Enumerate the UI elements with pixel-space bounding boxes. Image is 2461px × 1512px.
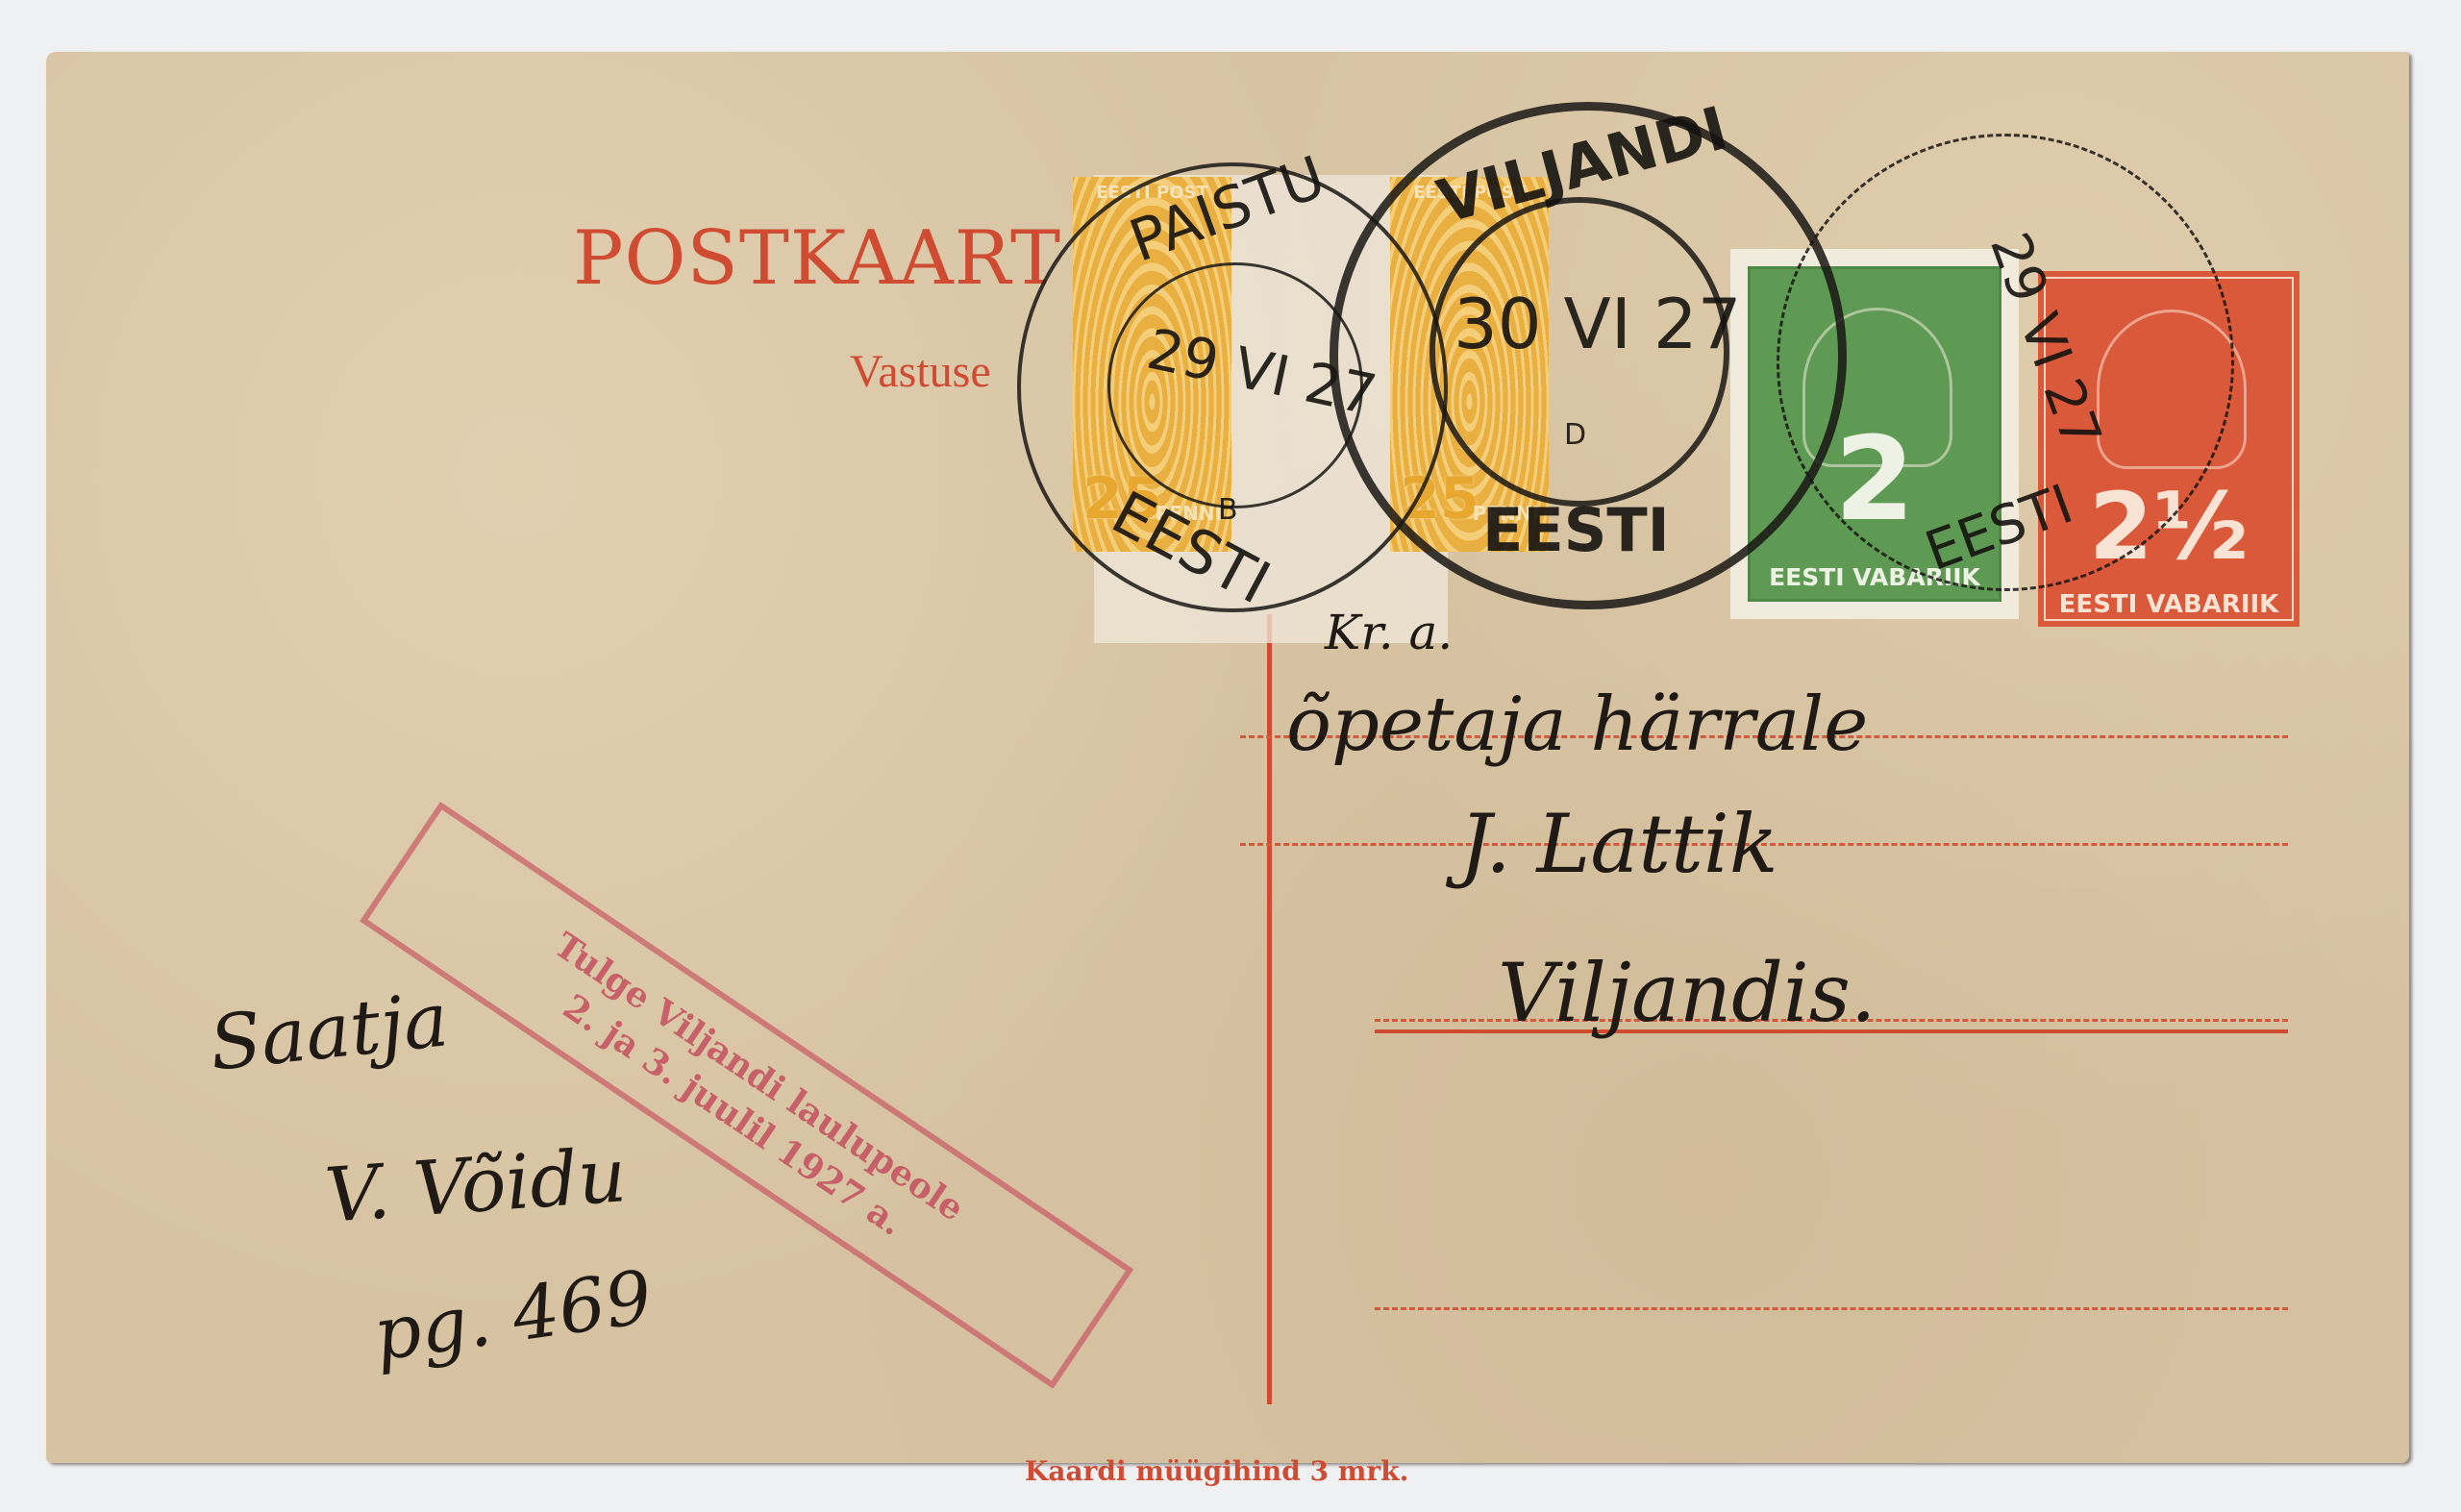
sender-label: Saatja xyxy=(206,977,453,1087)
postcard: POSTKAART Vastuse EESTI POST 25 PENNI EE… xyxy=(46,52,2409,1463)
address-line-4 xyxy=(1375,1307,2288,1310)
sender-address: pg. 469 xyxy=(368,1253,657,1377)
address-recipient-title: õpetaja härrale xyxy=(1286,682,1868,768)
postmark-viljandi: VILJANDI 30 VI 27 D EESTI xyxy=(1330,102,1847,609)
address-salutation: Kr. a. xyxy=(1325,605,1453,660)
address-recipient-name: J. Lattik xyxy=(1459,797,1778,891)
price-note: Kaardi müügihind 3 mrk. xyxy=(1025,1455,1408,1487)
divider-line xyxy=(1267,614,1272,1404)
reply-label: Vastuse xyxy=(850,345,991,398)
address-city: Viljandis. xyxy=(1498,946,1877,1040)
postmark-third: 29 VI 27 EESTI xyxy=(1777,134,2234,591)
sender-name: V. Võidu xyxy=(322,1132,629,1240)
postcard-title: POSTKAART xyxy=(573,215,1061,302)
